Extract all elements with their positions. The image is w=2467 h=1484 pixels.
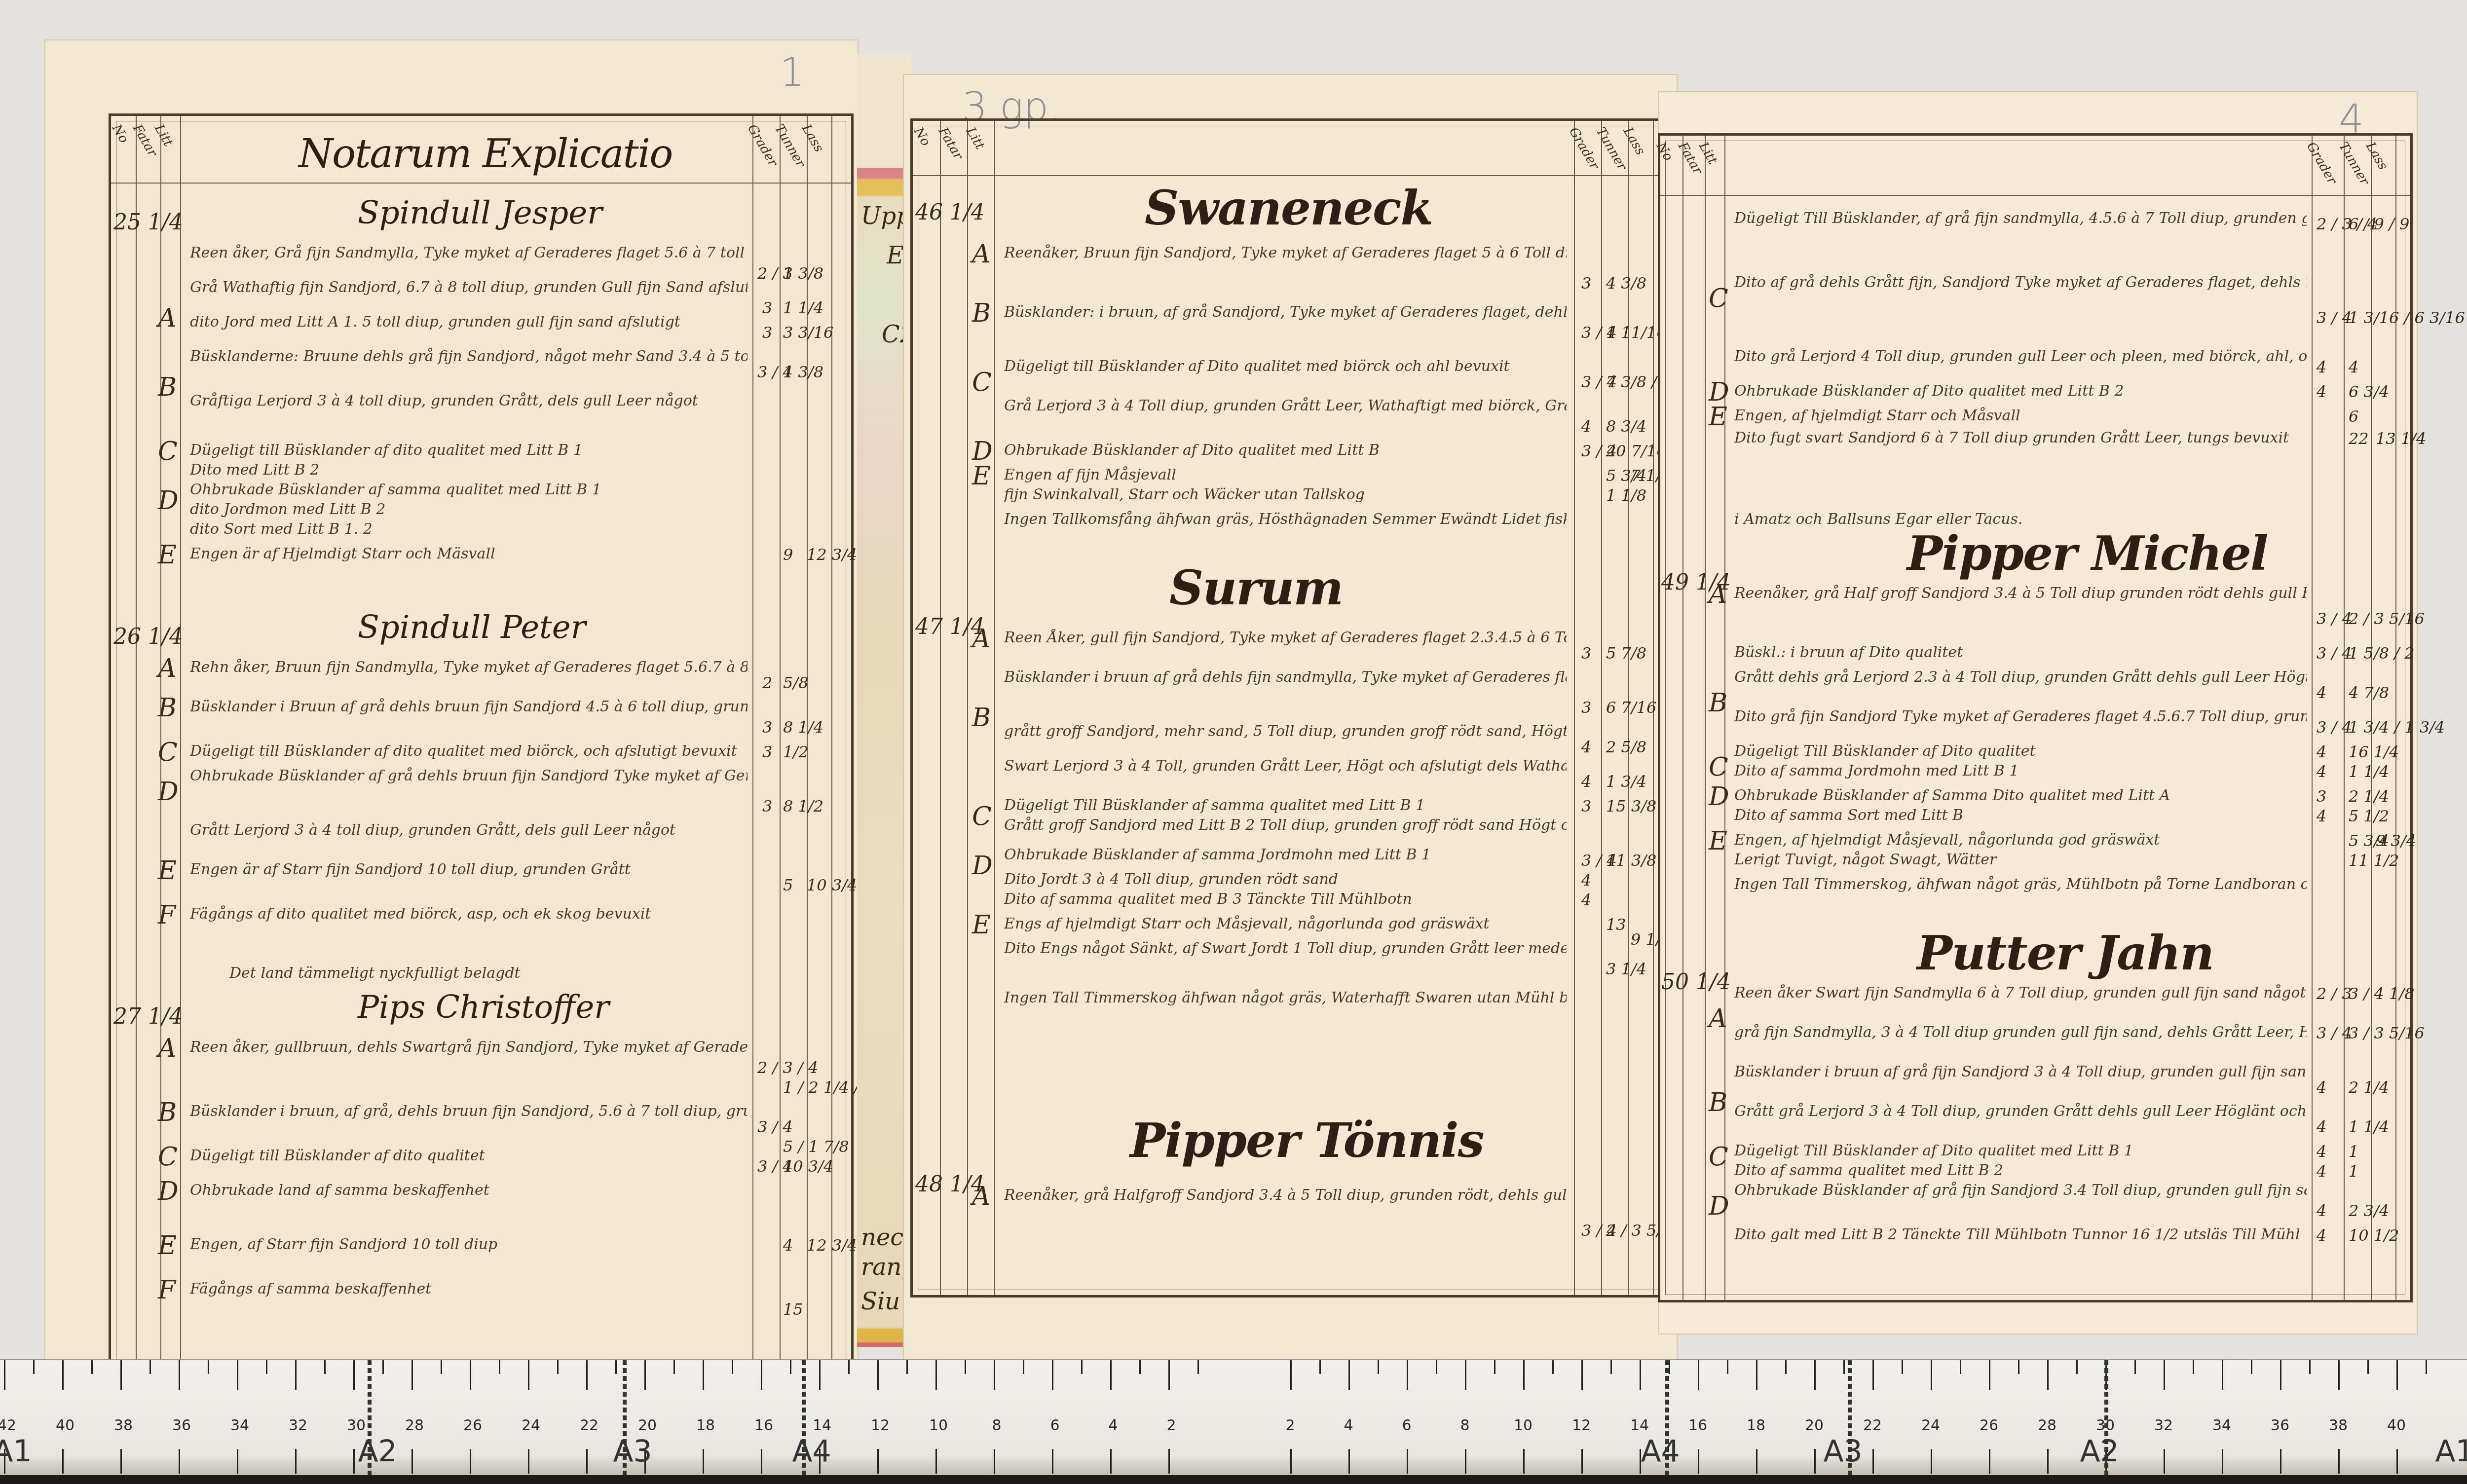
tunner-value: 11 1/2 (2349, 851, 2399, 870)
ruler-tick (819, 1360, 821, 1390)
ruler-tick (4, 1360, 5, 1390)
tunner-value: 2 1/4 (2349, 1078, 2389, 1097)
ruler-tick (673, 1360, 675, 1374)
map-label: Siu (861, 1288, 900, 1315)
paper-size-marker (1665, 1360, 1669, 1479)
ruler-tick (208, 1360, 209, 1374)
ruler-tick (2047, 1360, 2049, 1390)
ruler-tick (1727, 1360, 1728, 1374)
entry-text: Dito galt med Litt B 2 Tänckte Till Mühl… (1734, 1226, 2307, 1243)
ruler-number: 30 (347, 1417, 366, 1434)
tunner-value: 3 1/4 (1606, 960, 1646, 978)
tunner-value: 4 7/8 (2349, 683, 2389, 702)
paper-size-marker (802, 1360, 806, 1479)
ruler-tick (1552, 1360, 1554, 1374)
ruler-number: 40 (56, 1417, 75, 1434)
litt-letter: A (158, 303, 177, 333)
ruler-tick (179, 1360, 180, 1390)
ruler-tick (2164, 1449, 2165, 1474)
ruler-tick (906, 1360, 908, 1374)
tunner-value: 2 / 3 5/16 (2349, 609, 2425, 628)
grader-value: 2 / 3 / 4 (757, 1058, 818, 1077)
map-label: E (887, 242, 904, 269)
tunner-value: 5 1/2 (2349, 807, 2389, 825)
entry-text: Ohbrukade Büsklander af Dito qualitet me… (1004, 442, 1567, 459)
page-1: 1 No Fatar Litt Grader Tunner Lass Notar… (44, 39, 859, 1362)
entry-text: Dito af grå dehls Grått fijn, Sandjord T… (1734, 274, 2307, 291)
lass-value: 12 3/4 (807, 545, 857, 564)
tunner-value: 6 7/16 (1606, 698, 1656, 717)
ruler-tick (2018, 1360, 2019, 1374)
litt-letter: C (1709, 1142, 1728, 1172)
litt-letter: D (158, 777, 179, 807)
ruler-tick (1814, 1449, 1816, 1474)
ruler-number: 32 (289, 1417, 307, 1434)
ruler-tick (2076, 1360, 2078, 1374)
ruler-number: 16 (754, 1417, 773, 1434)
tunner-value: 5 7/8 (1606, 644, 1646, 663)
ruler-number: 22 (1863, 1417, 1882, 1434)
ruler-tick (2222, 1449, 2223, 1474)
ruler-tick (1523, 1449, 1525, 1474)
paper-size-label: A3 (1823, 1434, 1862, 1469)
litt-letter: E (158, 540, 177, 570)
section-number: 27 1/4 (113, 1004, 183, 1029)
ruler-tick (1023, 1360, 1024, 1374)
litt-letter: A (158, 1034, 177, 1063)
entry-text: Dito af samma Jordmohn med Litt B 1 (1734, 762, 2307, 779)
entry-text: Lerigt Tuvigt, något Swagt, Wätter (1734, 851, 2307, 868)
ruler-tick (1465, 1360, 1466, 1390)
section-heading: Pipper Tönnis (1130, 1113, 1484, 1168)
ruler-number: 20 (1805, 1417, 1824, 1434)
entry-text: Grå Wathaftig fijn Sandjord, 6.7 à 8 tol… (190, 279, 748, 296)
measuring-ruler: 4240383634323028262422201816141210864224… (0, 1359, 2467, 1479)
entry-text: Dito fugt svart Sandjord 6 à 7 Toll diup… (1734, 429, 2307, 446)
ruler-tick (1872, 1449, 1874, 1474)
tunner-value: 4 (783, 1236, 793, 1255)
litt-letter: C (158, 437, 178, 466)
ruler-tick (2280, 1360, 2281, 1390)
ruler-tick (1931, 1449, 1932, 1474)
ruler-tick (1348, 1360, 1350, 1390)
ruler-tick (1581, 1449, 1583, 1474)
ruler-number: 12 (871, 1417, 890, 1434)
ruler-tick (1814, 1360, 1816, 1390)
tunner-value: 4 3/8 (1606, 274, 1646, 293)
ruler-tick (1110, 1449, 1112, 1474)
section-heading: Spindull Peter (358, 609, 586, 646)
section-note: Det land tämmeligt nyckfulligt belagdt (229, 965, 748, 982)
grader-value: 4 (1581, 890, 1591, 909)
tunner-value: 1 1/4 (2349, 1117, 2389, 1136)
grader-value: 3 (762, 323, 772, 342)
lass-value: 10 3/4 (807, 876, 857, 894)
ruler-tick (91, 1360, 93, 1374)
entry-text: Engs af hjelmdigt Starr och Måsjevall, n… (1004, 915, 1567, 932)
paper-size-marker (1848, 1360, 1852, 1479)
tunner-value: 1 5/8 / 2 (2349, 644, 2415, 663)
entry-text: Büsklander i Bruun af grå dehls bruun fi… (190, 698, 748, 715)
ruler-number: 32 (2154, 1417, 2173, 1434)
entry-text: Dito grå fijn Sandjord Tyke myket af Ger… (1734, 708, 2307, 725)
entry-text: Dito af samma qualitet med Litt B 2 (1734, 1162, 2307, 1179)
ruler-tick (1989, 1449, 1990, 1474)
ruler-tick (2426, 1360, 2427, 1374)
ruler-tick (761, 1360, 762, 1390)
entry-text: Dügeligt till Büsklander af dito qualite… (190, 1147, 748, 1164)
tunner-value: 4 (2349, 358, 2358, 376)
paper-size-marker (368, 1360, 372, 1479)
tunner-value: 1 1/4 (2349, 762, 2389, 781)
ruler-tick (703, 1360, 704, 1390)
ruler-tick (179, 1449, 180, 1474)
tunner-value: 1 1/4 (783, 298, 823, 317)
litt-letter: E (1709, 826, 1727, 856)
tunner-value: 1/2 (783, 742, 809, 761)
litt-letter: C (158, 1142, 178, 1172)
grader-value: 3 (762, 742, 772, 761)
grader-value: 4 (2317, 1201, 2326, 1220)
litt-letter: B (158, 693, 177, 723)
ruler-tick (1197, 1360, 1199, 1374)
section-heading: Swaneneck (1145, 180, 1432, 236)
ruler-number: 38 (2329, 1417, 2348, 1434)
ruler-number: 26 (463, 1417, 482, 1434)
ruler-tick (1756, 1449, 1757, 1474)
entry-text: Ohbrukade Büsklander af grå dehls bruun … (190, 767, 748, 784)
grader-value: 3 / 4 (2317, 1024, 2352, 1042)
tunner-value: 2 5/8 (1606, 738, 1646, 756)
ruler-number: 16 (1688, 1417, 1707, 1434)
page-3: 3 gp. No Fatar Litt Grader Tunner Lass 4… (903, 74, 1678, 1381)
entry-text: Dito grå Lerjord 4 Toll diup, grunden gu… (1734, 348, 2307, 365)
section-number: 26 1/4 (113, 624, 183, 649)
tunner-value: 6 (2349, 407, 2358, 426)
ruler-tick (935, 1449, 937, 1474)
grader-value: 4 (1581, 738, 1591, 756)
tunner-value: 1 (2349, 1142, 2358, 1161)
section-heading: Spindull Jesper (358, 195, 602, 231)
ruler-tick (470, 1360, 471, 1390)
grader-value: 3 (762, 797, 772, 816)
ruler-tick (237, 1360, 238, 1390)
ruler-number: 28 (405, 1417, 424, 1434)
ruler-tick (441, 1360, 442, 1374)
entry-text: Fägångs af dito qualitet med biörck, asp… (190, 905, 748, 923)
grader-value: 2 / 3 (2317, 984, 2352, 1003)
ruler-number: 18 (696, 1417, 715, 1434)
tunner-value: 5 (783, 876, 793, 894)
section-heading: Surum (1169, 560, 1343, 616)
ruler-tick (295, 1360, 297, 1390)
ruler-tick (644, 1360, 646, 1390)
litt-letter: E (972, 910, 991, 940)
grader-value: 4 (2317, 683, 2326, 702)
litt-letter: B (972, 703, 991, 733)
ruler-number: 4 (1108, 1417, 1118, 1434)
paper-size-label: A2 (2080, 1434, 2119, 1469)
litt-letter: E (972, 461, 991, 491)
ruler-tick (353, 1449, 355, 1474)
tunner-value: 1 (2349, 1162, 2358, 1181)
entry-text: Swart Lerjord 3 à 4 Toll, grunden Grått … (1004, 757, 1567, 775)
ruler-tick (2251, 1360, 2252, 1374)
ruler-number: 20 (638, 1417, 657, 1434)
tunner-value: 10 1/2 (2349, 1226, 2399, 1245)
ruler-tick (615, 1360, 617, 1374)
litt-letter: F (158, 900, 176, 930)
ruler-tick (761, 1449, 762, 1474)
tunner-value: 5/8 (783, 673, 809, 692)
section-note: Ingen Tall Timmerskog ähfwan något gräs,… (1004, 989, 1567, 1006)
ruler-tick (2396, 1449, 2398, 1474)
ruler-tick (877, 1449, 879, 1474)
main-title: Notarum Explicatio (299, 131, 672, 177)
tunner-value: 6 3/4 (2349, 382, 2389, 401)
lass-value: 12 3/4 (807, 1236, 857, 1255)
litt-letter: D (158, 486, 179, 516)
ruler-number: 40 (2387, 1417, 2406, 1434)
ruler-tick (1494, 1360, 1495, 1374)
ruler-number: 34 (230, 1417, 249, 1434)
tunner-value: 1 3/4 (1606, 772, 1646, 791)
tunner-value: 2 3/4 (2349, 1201, 2389, 1220)
litt-letter: A (972, 624, 991, 654)
ruler-tick (2222, 1360, 2223, 1390)
grader-value: 3 / 4 (2317, 644, 2352, 663)
ruler-tick (120, 1360, 122, 1390)
litt-letter: C (1709, 284, 1728, 313)
section-heading: Putter Jahn (1917, 925, 2213, 981)
entry-text: fijn Swinkalvall, Starr och Wäcker utan … (1004, 486, 1567, 503)
ruler-tick (1110, 1360, 1112, 1390)
table-frame: No Fatar Litt Grader Tunner Lass 46 1/4 … (910, 118, 1670, 1298)
grader-value: 4 (2317, 762, 2326, 781)
ruler-number: 28 (2038, 1417, 2056, 1434)
tunner-value: 8 1/4 (783, 718, 823, 737)
entry-text: Büsklander: i bruun, af grå Sandjord, Ty… (1004, 303, 1567, 321)
litt-letter: D (1709, 782, 1729, 812)
litt-letter: B (1709, 1088, 1727, 1117)
tunner-value: 1 3/4 / 1 3/4 (2349, 718, 2445, 737)
ruler-tick (1139, 1360, 1141, 1374)
ruler-tick (994, 1449, 995, 1474)
litt-letter: B (972, 298, 991, 328)
ruler-tick (528, 1360, 529, 1390)
grader-value: 3 / 4 (2317, 308, 2352, 327)
ruler-tick (1348, 1449, 1350, 1474)
ruler-tick (2309, 1360, 2311, 1374)
ruler-tick (1290, 1449, 1292, 1474)
entry-text: Dügeligt Till Büsklander af Dito qualite… (1734, 742, 2307, 760)
ruler-tick (1407, 1360, 1408, 1390)
litt-letter: E (1709, 402, 1727, 432)
entry-text: Dito af samma Sort med Litt B (1734, 807, 2307, 824)
ruler-tick (703, 1449, 704, 1474)
section-note: Ingen Tall Timmerskog, ähfwan något gräs… (1734, 876, 2307, 893)
ruler-number: 36 (172, 1417, 191, 1434)
ruler-tick (1052, 1360, 1053, 1390)
ruler-tick (1756, 1360, 1757, 1390)
grader-value: 3 (762, 298, 772, 317)
entry-text: Reenåker, Bruun fijn Sandjord, Tyke myke… (1004, 244, 1567, 261)
ruler-tick (994, 1360, 995, 1390)
litt-letter: A (972, 1182, 991, 1211)
litt-letter: A (158, 654, 177, 683)
entry-text: Dügeligt till Büsklander af dito qualite… (190, 742, 748, 760)
ruler-tick (1523, 1360, 1525, 1390)
ruler-tick (2134, 1360, 2136, 1374)
ruler-number: 36 (2271, 1417, 2289, 1434)
ruler-tick (1698, 1449, 1699, 1474)
grader-value: 3 (762, 718, 772, 737)
entry-text: Fägångs af samma beskaffenhet (190, 1280, 748, 1298)
ruler-tick (62, 1449, 64, 1474)
grader-value: 4 (2317, 1117, 2326, 1136)
paper-size-marker (623, 1360, 627, 1479)
grader-value: 4 (1581, 772, 1591, 791)
grader-value: 4 (2317, 742, 2326, 761)
ruler-tick (965, 1360, 966, 1374)
ruler-tick (470, 1449, 471, 1474)
table-frame: No Fatar Litt Grader Tunner Lass Dügelig… (1658, 133, 2413, 1302)
ruler-tick (2338, 1360, 2340, 1390)
ruler-tick (2193, 1360, 2194, 1374)
grader-value: 3 (1581, 797, 1591, 816)
ruler-number: 4 (1344, 1417, 1353, 1434)
entry-text: Engen af fijn Måsjevall (1004, 466, 1567, 483)
entry-text: Engen, af hjelmdigt Måsjevall, någorlund… (1734, 831, 2307, 849)
entry-text: Büsklanderne: Bruune dehls grå fijn Sand… (190, 348, 748, 365)
ruler-number: 2 (1166, 1417, 1176, 1434)
ruler-tick (353, 1360, 355, 1390)
entry-text: dito Jordmon med Litt B 2 (190, 501, 748, 518)
litt-letter: C (972, 802, 992, 831)
ruler-tick (1785, 1360, 1787, 1374)
ruler-tick (557, 1360, 559, 1374)
grader-value: 4 (1581, 871, 1591, 890)
ruler-number: 14 (813, 1417, 831, 1434)
ruler-tick (1640, 1360, 1641, 1390)
grader-value: 3 (2317, 787, 2326, 806)
tunner-value: 6 / 9 / 9 (2349, 215, 2409, 233)
ruler-number: 8 (992, 1417, 1001, 1434)
entry-text: Reenåker, grå Half groff Sandjord 3.4 à … (1734, 585, 2307, 602)
entry-text: Ohbrukade Büsklander af samma qualitet m… (190, 481, 748, 498)
section-number: 46 1/4 (915, 200, 985, 225)
grader-value: 4 (2317, 1142, 2326, 1161)
entry-text: Engen, af hjelmdigt Starr och Måsvall (1734, 407, 2307, 424)
litt-letter: B (158, 1098, 177, 1127)
tunner-value: 1 1/8 (1606, 486, 1646, 505)
entry-text: Grått dehls grå Lerjord 2.3 à 4 Toll diu… (1734, 668, 2307, 686)
ruler-number: 38 (114, 1417, 133, 1434)
tunner-value: 22 (2349, 429, 2369, 448)
ruler-number: 12 (1572, 1417, 1591, 1434)
tunner-value: 5 / 1 7/8 (783, 1137, 849, 1156)
tunner-value: 1 3/8 (783, 363, 823, 381)
ruler-tick (1436, 1360, 1437, 1374)
tunner-value: 3 / 4 1/8 (2349, 984, 2415, 1003)
litt-letter: D (1709, 1191, 1729, 1221)
ruler-tick (1843, 1360, 1845, 1374)
ruler-number: 18 (1747, 1417, 1765, 1434)
page-4: 4 No Fatar Litt Grader Tunner Lass Dügel… (1658, 91, 2418, 1335)
tunner-value: 1 3/8 (783, 264, 823, 283)
entry-text: Dito med Litt B 2 (190, 461, 748, 479)
ruler-number: 22 (580, 1417, 598, 1434)
grader-value: 4 (2317, 1162, 2326, 1181)
tunner-value: 1 3/16 / 6 3/16 (2349, 308, 2465, 327)
paper-size-label: A1 (2435, 1434, 2467, 1469)
ruler-tick (411, 1360, 413, 1390)
entry-text: Dügeligt Till Büsklander, af grå fijn sa… (1734, 210, 2307, 227)
ruler-tick (1581, 1360, 1583, 1390)
entry-text: Dito Engs något Sänkt, af Swart Jordt 1 … (1004, 940, 1567, 957)
ruler-tick (120, 1449, 122, 1474)
grader-value: 4 (2317, 358, 2326, 376)
litt-letter: C (972, 368, 992, 397)
tunner-value: 9 (783, 545, 793, 564)
entry-text: Grått groff Sandjord med Litt B 2 Toll d… (1004, 816, 1567, 834)
ruler-tick (1931, 1360, 1932, 1390)
tunner-value: 3 / 3 5/16 (2349, 1024, 2425, 1042)
grader-value: 4 (2317, 1226, 2326, 1245)
ruler-tick (1407, 1449, 1408, 1474)
tunner-value: 13 (1606, 915, 1626, 934)
litt-letter: B (1709, 688, 1727, 718)
grader-value: 4 (2317, 382, 2326, 401)
ruler-tick (1872, 1360, 1874, 1390)
paper-size-label: A4 (792, 1434, 831, 1469)
entry-text: dito Sort med Litt B 1. 2 (190, 520, 748, 538)
ruler-number: 8 (1460, 1417, 1469, 1434)
ruler-tick (1319, 1360, 1321, 1374)
ruler-number: 42 (0, 1417, 16, 1434)
section-heading: Pips Christoffer (358, 989, 609, 1026)
ruler-tick (586, 1449, 588, 1474)
entry-text: Reen åker Swart fijn Sandmylla 6 à 7 Tol… (1734, 984, 2307, 1002)
ruler-number: 24 (1921, 1417, 1940, 1434)
entry-text: Dito Jordt 3 à 4 Toll diup, grunden rödt… (1004, 871, 1567, 888)
ruler-tick (1989, 1360, 1990, 1390)
litt-letter: C (1709, 752, 1728, 782)
litt-letter: E (158, 856, 177, 886)
tunner-value: 8 3/4 (1606, 417, 1646, 436)
entry-text: Gråftiga Lerjord 3 à 4 toll diup, grunde… (190, 392, 748, 409)
entry-text: Ohbrukade land af samma beskaffenhet (190, 1182, 748, 1199)
table-frame: No Fatar Litt Grader Tunner Lass Notarum… (109, 113, 854, 1372)
ruler-tick (33, 1360, 35, 1374)
ruler-number: 24 (522, 1417, 540, 1434)
paper-size-label: A1 (0, 1434, 32, 1469)
tunner-value: 16 1/4 (2349, 742, 2399, 761)
litt-letter: C (158, 738, 178, 767)
ruler-tick (295, 1449, 297, 1474)
entry-text: Grått grå Lerjord 3 à 4 Toll diup, grund… (1734, 1103, 2307, 1120)
entry-text: Ohbrukade Büsklander af samma Jordmohn m… (1004, 846, 1567, 863)
ruler-tick (1052, 1449, 1053, 1474)
ruler-number: 6 (1050, 1417, 1059, 1434)
entry-text: grått groff Sandjord, mehr sand, 5 Toll … (1004, 723, 1567, 740)
paper-size-label: A4 (1641, 1434, 1680, 1469)
entry-text: Büskl.: i bruun af Dito qualitet (1734, 644, 2307, 661)
entry-text: Grått Lerjord 3 à 4 toll diup, grunden G… (190, 821, 748, 839)
entry-text: Grå Lerjord 3 à 4 Toll diup, grunden Grå… (1004, 397, 1567, 414)
ruler-tick (790, 1360, 791, 1374)
tunner-value: 2 1/4 (2349, 787, 2389, 806)
